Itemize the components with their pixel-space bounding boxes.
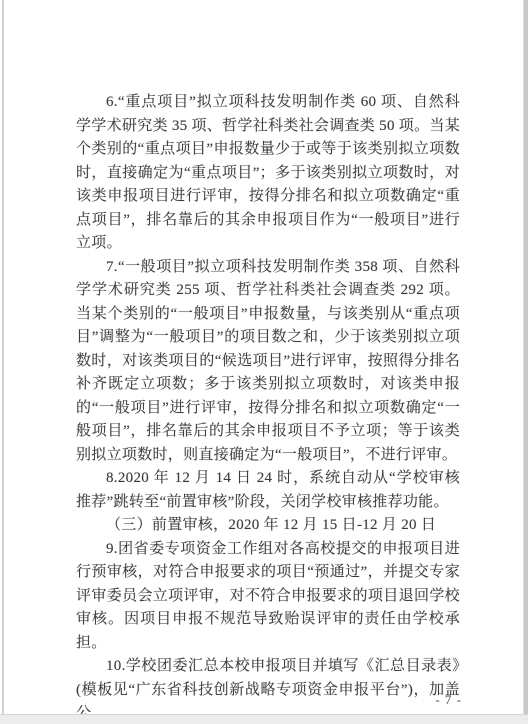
document-page: 6.“重点项目”拟立项科技发明制作类 60 项、自然科学学术研究类 35 项、哲… bbox=[0, 0, 528, 724]
paragraph-8: 8.2020 年 12 月 14 日 24 时，系统自动从“学校审核推荐”跳转至… bbox=[76, 467, 460, 514]
section-heading-3: （三）前置审核，2020 年 12 月 15 日-12 月 20 日 bbox=[76, 514, 460, 538]
page-bottom-edge bbox=[0, 714, 528, 724]
paragraph-6: 6.“重点项目”拟立项科技发明制作类 60 项、自然科学学术研究类 35 项、哲… bbox=[76, 91, 460, 256]
paragraph-7: 7.“一般项目”拟立项科技发明制作类 358 项、自然科学学术研究类 255 项… bbox=[76, 256, 460, 468]
paragraph-9: 9.团省委专项资金工作组对各高校提交的申报项目进行预审核，对符合申报要求的项目“… bbox=[76, 538, 460, 656]
document-body: 6.“重点项目”拟立项科技发明制作类 60 项、自然科学学术研究类 35 项、哲… bbox=[76, 91, 460, 724]
page-number: - 7 - bbox=[76, 692, 462, 708]
page-right-edge bbox=[523, 0, 528, 724]
page-left-edge bbox=[2, 0, 4, 715]
